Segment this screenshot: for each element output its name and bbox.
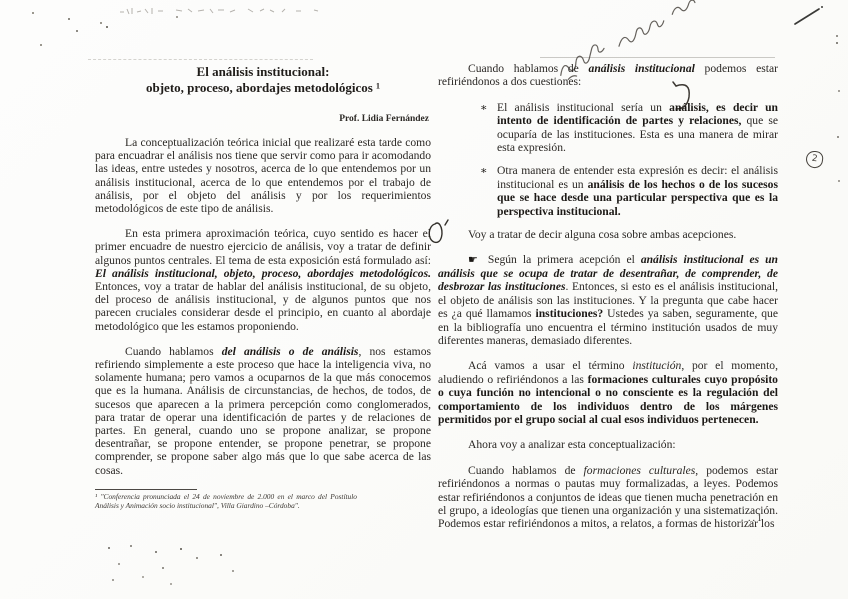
bullet-icon: ∗ — [480, 101, 487, 114]
title-line-2: objeto, proceso, abordajes metodológicos… — [95, 80, 431, 96]
paragraph-text: Según la primera acepción el análisis in… — [438, 253, 778, 346]
scan-specks — [28, 8, 30, 10]
paragraph: En esta primera aproximación teórica, cu… — [95, 227, 431, 333]
paragraph: Cuando hablamos de formaciones culturale… — [438, 464, 778, 531]
paragraph: Voy a tratar de decir alguna cosa sobre … — [438, 228, 778, 241]
paragraph: La conceptualización teórica inicial que… — [95, 136, 431, 215]
paragraph: Acá vamos a usar el término institución,… — [438, 359, 778, 426]
paragraph: Cuando hablamos del análisis o de anális… — [95, 345, 431, 477]
scan-artifact-line — [88, 59, 313, 60]
title-line-1: El análisis institucional: — [95, 64, 431, 80]
document-title: El análisis institucional: objeto, proce… — [95, 64, 431, 96]
list-item-text: Otra manera de entender esta expresión e… — [497, 164, 778, 218]
page-number: ..1 — [748, 513, 764, 524]
paragraph: ☛ Según la primera acepción el análisis … — [438, 253, 778, 347]
paragraph: Cuando hablamos de análisis instituciona… — [438, 62, 778, 89]
pointing-hand-icon: ☛ — [468, 253, 482, 266]
faded-header-marks — [118, 3, 333, 17]
circled-number-annotation: 2 — [805, 150, 824, 169]
left-column: El análisis institucional: objeto, proce… — [95, 64, 431, 489]
right-column: Cuando hablamos de análisis instituciona… — [438, 62, 778, 543]
paragraph: Ahora voy a analizar esta conceptualizac… — [438, 438, 778, 451]
scan-specks — [836, 28, 838, 30]
list-item: ∗ El análisis institucional sería un aná… — [476, 101, 778, 155]
scanned-document-page: 2 El análisis institucional: objeto, pro… — [0, 0, 848, 599]
list-item-text: El análisis institucional sería un análi… — [497, 101, 778, 155]
bullet-icon: ∗ — [480, 164, 487, 177]
list-item: ∗ Otra manera de entender esta expresión… — [476, 164, 778, 218]
scan-specks — [100, 545, 102, 547]
author-byline: Prof. Lidia Fernández — [95, 114, 429, 124]
pen-stroke-mark — [792, 4, 826, 28]
footnote: ¹ "Conferencia pronunciada el 24 de novi… — [95, 492, 357, 510]
footnote-separator — [95, 489, 197, 490]
